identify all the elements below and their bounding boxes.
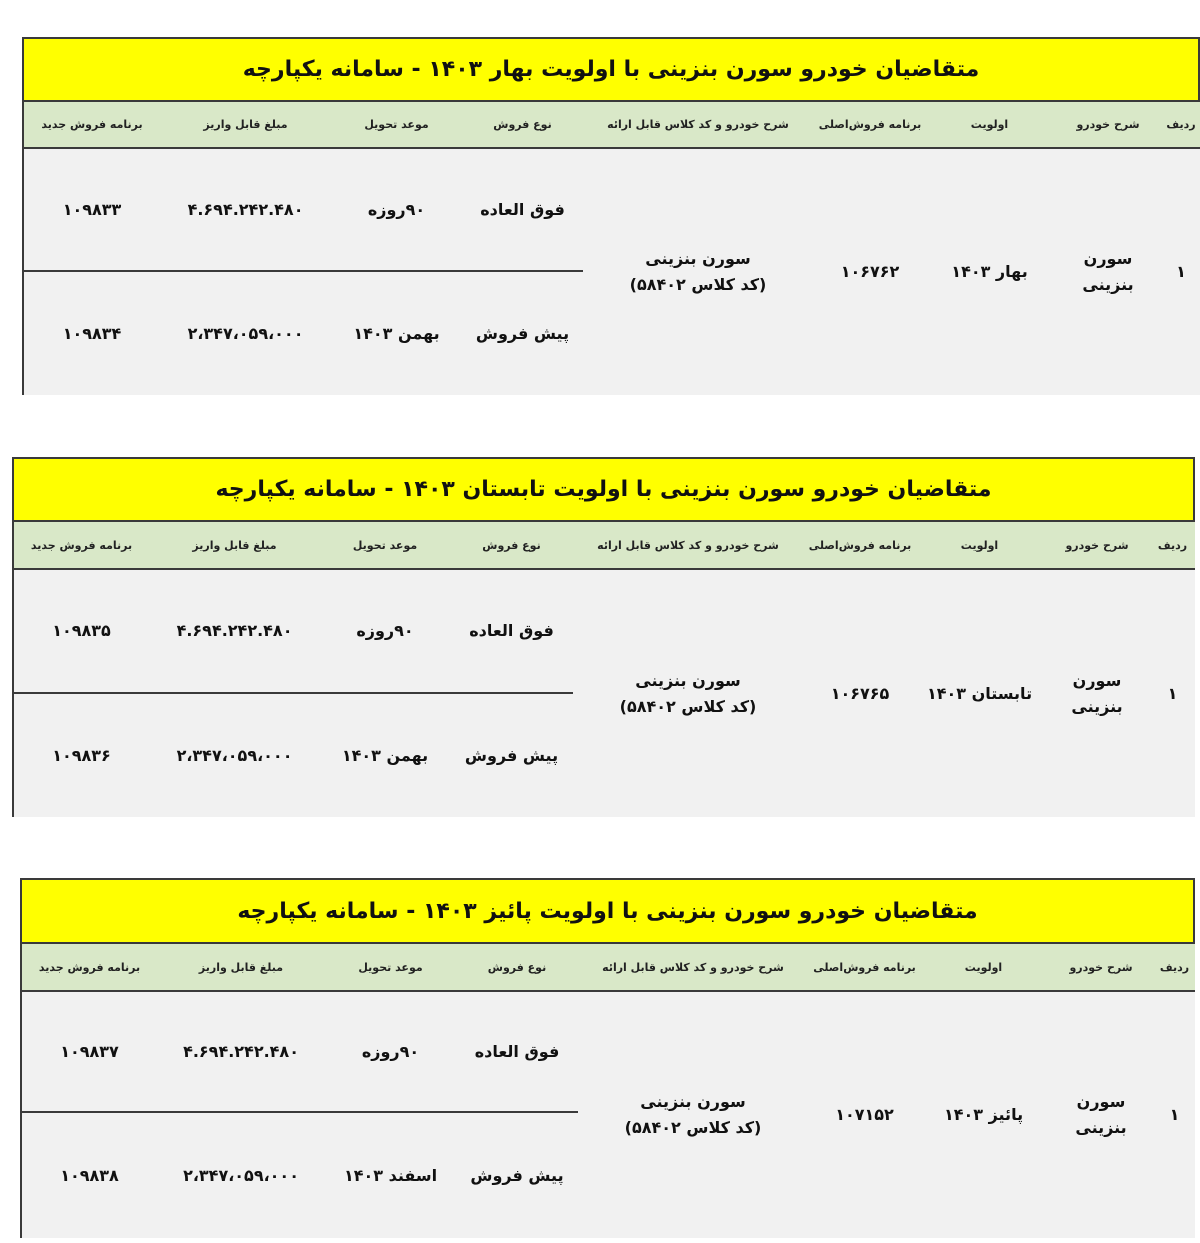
header-priority: اولویت: [919, 944, 1046, 992]
cell-sale-type: پیش فروش: [448, 694, 573, 817]
header-priority: اولویت: [915, 522, 1042, 570]
header-delivery: موعد تحویل: [323, 944, 456, 992]
header-new-program: برنامه فروش جدید: [22, 944, 157, 992]
cell-amount: ۲،۳۴۷،۰۵۹،۰۰۰: [158, 272, 331, 395]
header-row-number: ردیف: [1162, 102, 1200, 149]
header-row-number: ردیف: [1150, 522, 1195, 570]
table-title: متقاضیان خودرو سورن بنزینی با اولویت پائ…: [22, 880, 1193, 944]
cell-sale-type: پیش فروش: [460, 272, 583, 395]
header-priority: اولویت: [925, 102, 1052, 149]
cell-sale-type: فوق العاده: [460, 149, 583, 272]
cell-car-class-desc: سورن بنزینی (کد کلاس ۵۸۴۰۲): [576, 992, 808, 1238]
cell-car-class-desc: سورن بنزینی (کد کلاس ۵۸۴۰۲): [581, 149, 813, 395]
header-main-program: برنامه فروش‌اصلی: [811, 102, 927, 149]
header-delivery: موعد تحویل: [329, 102, 462, 149]
header-sale-type: نوع فروش: [448, 522, 573, 570]
header-sale-type: نوع فروش: [460, 102, 583, 149]
header-car-class-desc: شرح خودرو و کد کلاس قابل ارائه: [576, 944, 808, 992]
cell-priority: بهار ۱۴۰۳: [925, 149, 1052, 395]
cell-car-desc: سورن بنزینی: [1050, 149, 1164, 395]
header-car-desc: شرح خودرو: [1044, 944, 1156, 992]
table-autumn: متقاضیان خودرو سورن بنزینی با اولویت پائ…: [20, 878, 1195, 1238]
cell-amount: ۲،۳۴۷،۰۵۹،۰۰۰: [155, 1113, 325, 1238]
cell-main-program: ۱۰۷۱۵۲: [806, 992, 921, 1238]
cell-delivery: ۹۰روزه: [323, 992, 456, 1113]
cell-amount: ۴.۶۹۴.۲۴۲.۴۸۰: [158, 149, 331, 272]
header-amount: مبلغ قابل واریز: [155, 944, 325, 992]
cell-main-program: ۱۰۶۷۶۵: [801, 570, 917, 817]
header-new-program: برنامه فروش جدید: [14, 522, 149, 570]
header-delivery: موعد تحویل: [318, 522, 450, 570]
cell-car-desc: سورن بنزینی: [1044, 992, 1156, 1238]
cell-amount: ۲،۳۴۷،۰۵۹،۰۰۰: [147, 694, 320, 817]
header-main-program: برنامه فروش‌اصلی: [801, 522, 917, 570]
cell-row-number: ۱: [1154, 992, 1195, 1238]
table-title: متقاضیان خودرو سورن بنزینی با اولویت بها…: [24, 39, 1198, 102]
cell-delivery: ۹۰روزه: [318, 570, 450, 694]
header-car-class-desc: شرح خودرو و کد کلاس قابل ارائه: [581, 102, 813, 149]
cell-new-program: ۱۰۹۸۳۵: [14, 570, 149, 694]
cell-new-program: ۱۰۹۸۳۶: [14, 694, 149, 817]
cell-priority: پائیز ۱۴۰۳: [919, 992, 1046, 1238]
table-summer: متقاضیان خودرو سورن بنزینی با اولویت تاب…: [12, 457, 1195, 817]
cell-delivery: بهمن ۱۴۰۳: [318, 694, 450, 817]
header-new-program: برنامه فروش جدید: [24, 102, 160, 149]
cell-new-program: ۱۰۹۸۳۷: [22, 992, 157, 1113]
cell-new-program: ۱۰۹۸۳۴: [24, 272, 160, 395]
table-title: متقاضیان خودرو سورن بنزینی با اولویت تاب…: [14, 459, 1193, 522]
header-car-desc: شرح خودرو: [1040, 522, 1152, 570]
header-car-class-desc: شرح خودرو و کد کلاس قابل ارائه: [571, 522, 803, 570]
cell-car-class-desc: سورن بنزینی (کد کلاس ۵۸۴۰۲): [571, 570, 803, 817]
header-row-number: ردیف: [1154, 944, 1195, 992]
cell-priority: تابستان ۱۴۰۳: [915, 570, 1042, 817]
cell-delivery: اسفند ۱۴۰۳: [323, 1113, 456, 1238]
cell-amount: ۴.۶۹۴.۲۴۲.۴۸۰: [147, 570, 320, 694]
cell-delivery: ۹۰روزه: [329, 149, 462, 272]
cell-car-desc: سورن بنزینی: [1040, 570, 1152, 817]
cell-new-program: ۱۰۹۸۳۸: [22, 1113, 157, 1238]
cell-sale-type: پیش فروش: [454, 1113, 578, 1238]
cell-new-program: ۱۰۹۸۳۳: [24, 149, 160, 272]
cell-delivery: بهمن ۱۴۰۳: [329, 272, 462, 395]
header-car-desc: شرح خودرو: [1050, 102, 1164, 149]
cell-main-program: ۱۰۶۷۶۲: [811, 149, 927, 395]
cell-amount: ۴.۶۹۴.۲۴۲.۴۸۰: [155, 992, 325, 1113]
cell-sale-type: فوق العاده: [454, 992, 578, 1113]
cell-row-number: ۱: [1162, 149, 1200, 395]
header-main-program: برنامه فروش‌اصلی: [806, 944, 921, 992]
header-amount: مبلغ قابل واریز: [158, 102, 331, 149]
header-sale-type: نوع فروش: [454, 944, 578, 992]
cell-row-number: ۱: [1150, 570, 1195, 817]
cell-sale-type: فوق العاده: [448, 570, 573, 694]
table-spring: متقاضیان خودرو سورن بنزینی با اولویت بها…: [22, 37, 1200, 395]
header-amount: مبلغ قابل واریز: [147, 522, 320, 570]
